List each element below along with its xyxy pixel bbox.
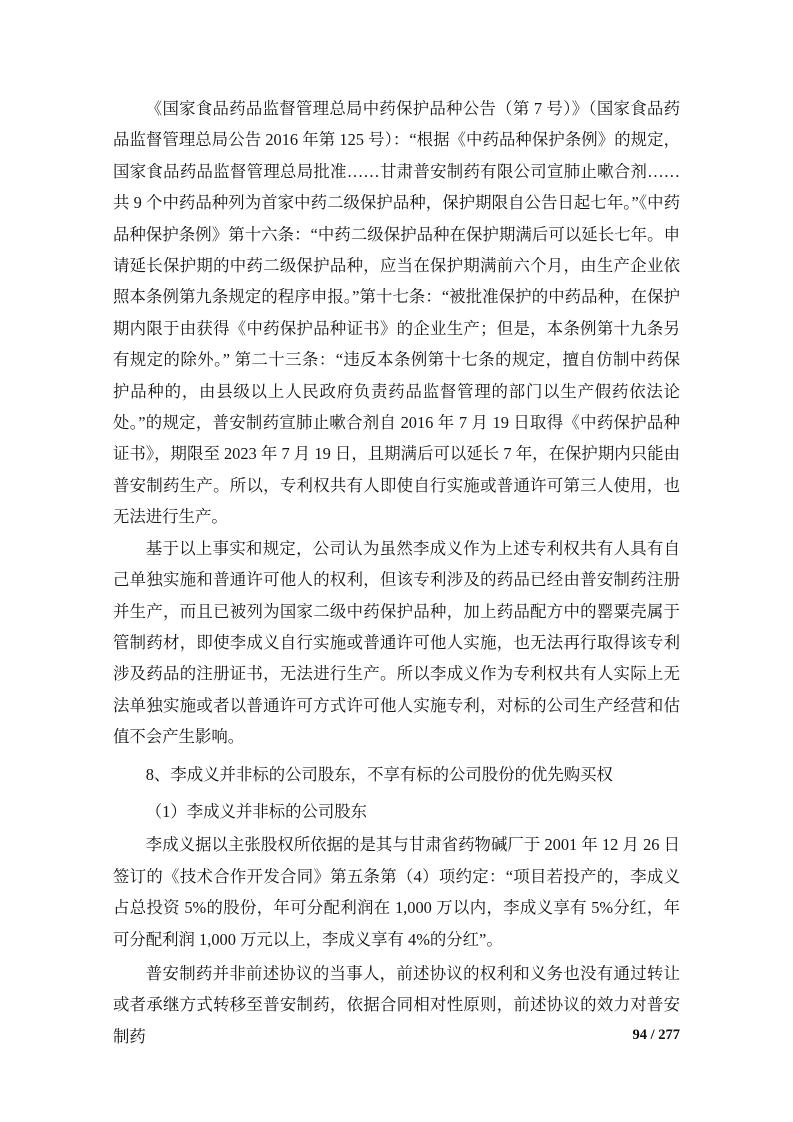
subsection-heading-1: （1）李成义并非标的公司股东 <box>113 796 680 827</box>
paragraph-regulation-quote: 《国家食品药品监督管理总局中药保护品种公告（第 7 号）》（国家食品药品监督管理… <box>113 93 680 533</box>
paragraph-equity-claim: 李成义据以主张股权所依据的是其与甘肃省药物碱厂于 2001 年 12 月 26 … <box>113 829 680 955</box>
paragraph-company-opinion: 基于以上事实和规定，公司认为虽然李成义作为上述专利权共有人具有自己单独实施和普通… <box>113 533 680 753</box>
document-page: 《国家食品药品监督管理总局中药保护品种公告（第 7 号）》（国家食品药品监督管理… <box>0 0 793 1122</box>
document-body: 《国家食品药品监督管理总局中药保护品种公告（第 7 号）》（国家食品药品监督管理… <box>113 93 680 1052</box>
paragraph-contract-relativity: 普安制药并非前述协议的当事人，前述协议的权利和义务也没有通过转让或者承继方式转移… <box>113 958 680 1052</box>
page-number: 94 / 277 <box>632 1027 680 1044</box>
section-heading-8: 8、李成义并非标的公司股东，不享有标的公司股份的优先购买权 <box>113 759 680 790</box>
